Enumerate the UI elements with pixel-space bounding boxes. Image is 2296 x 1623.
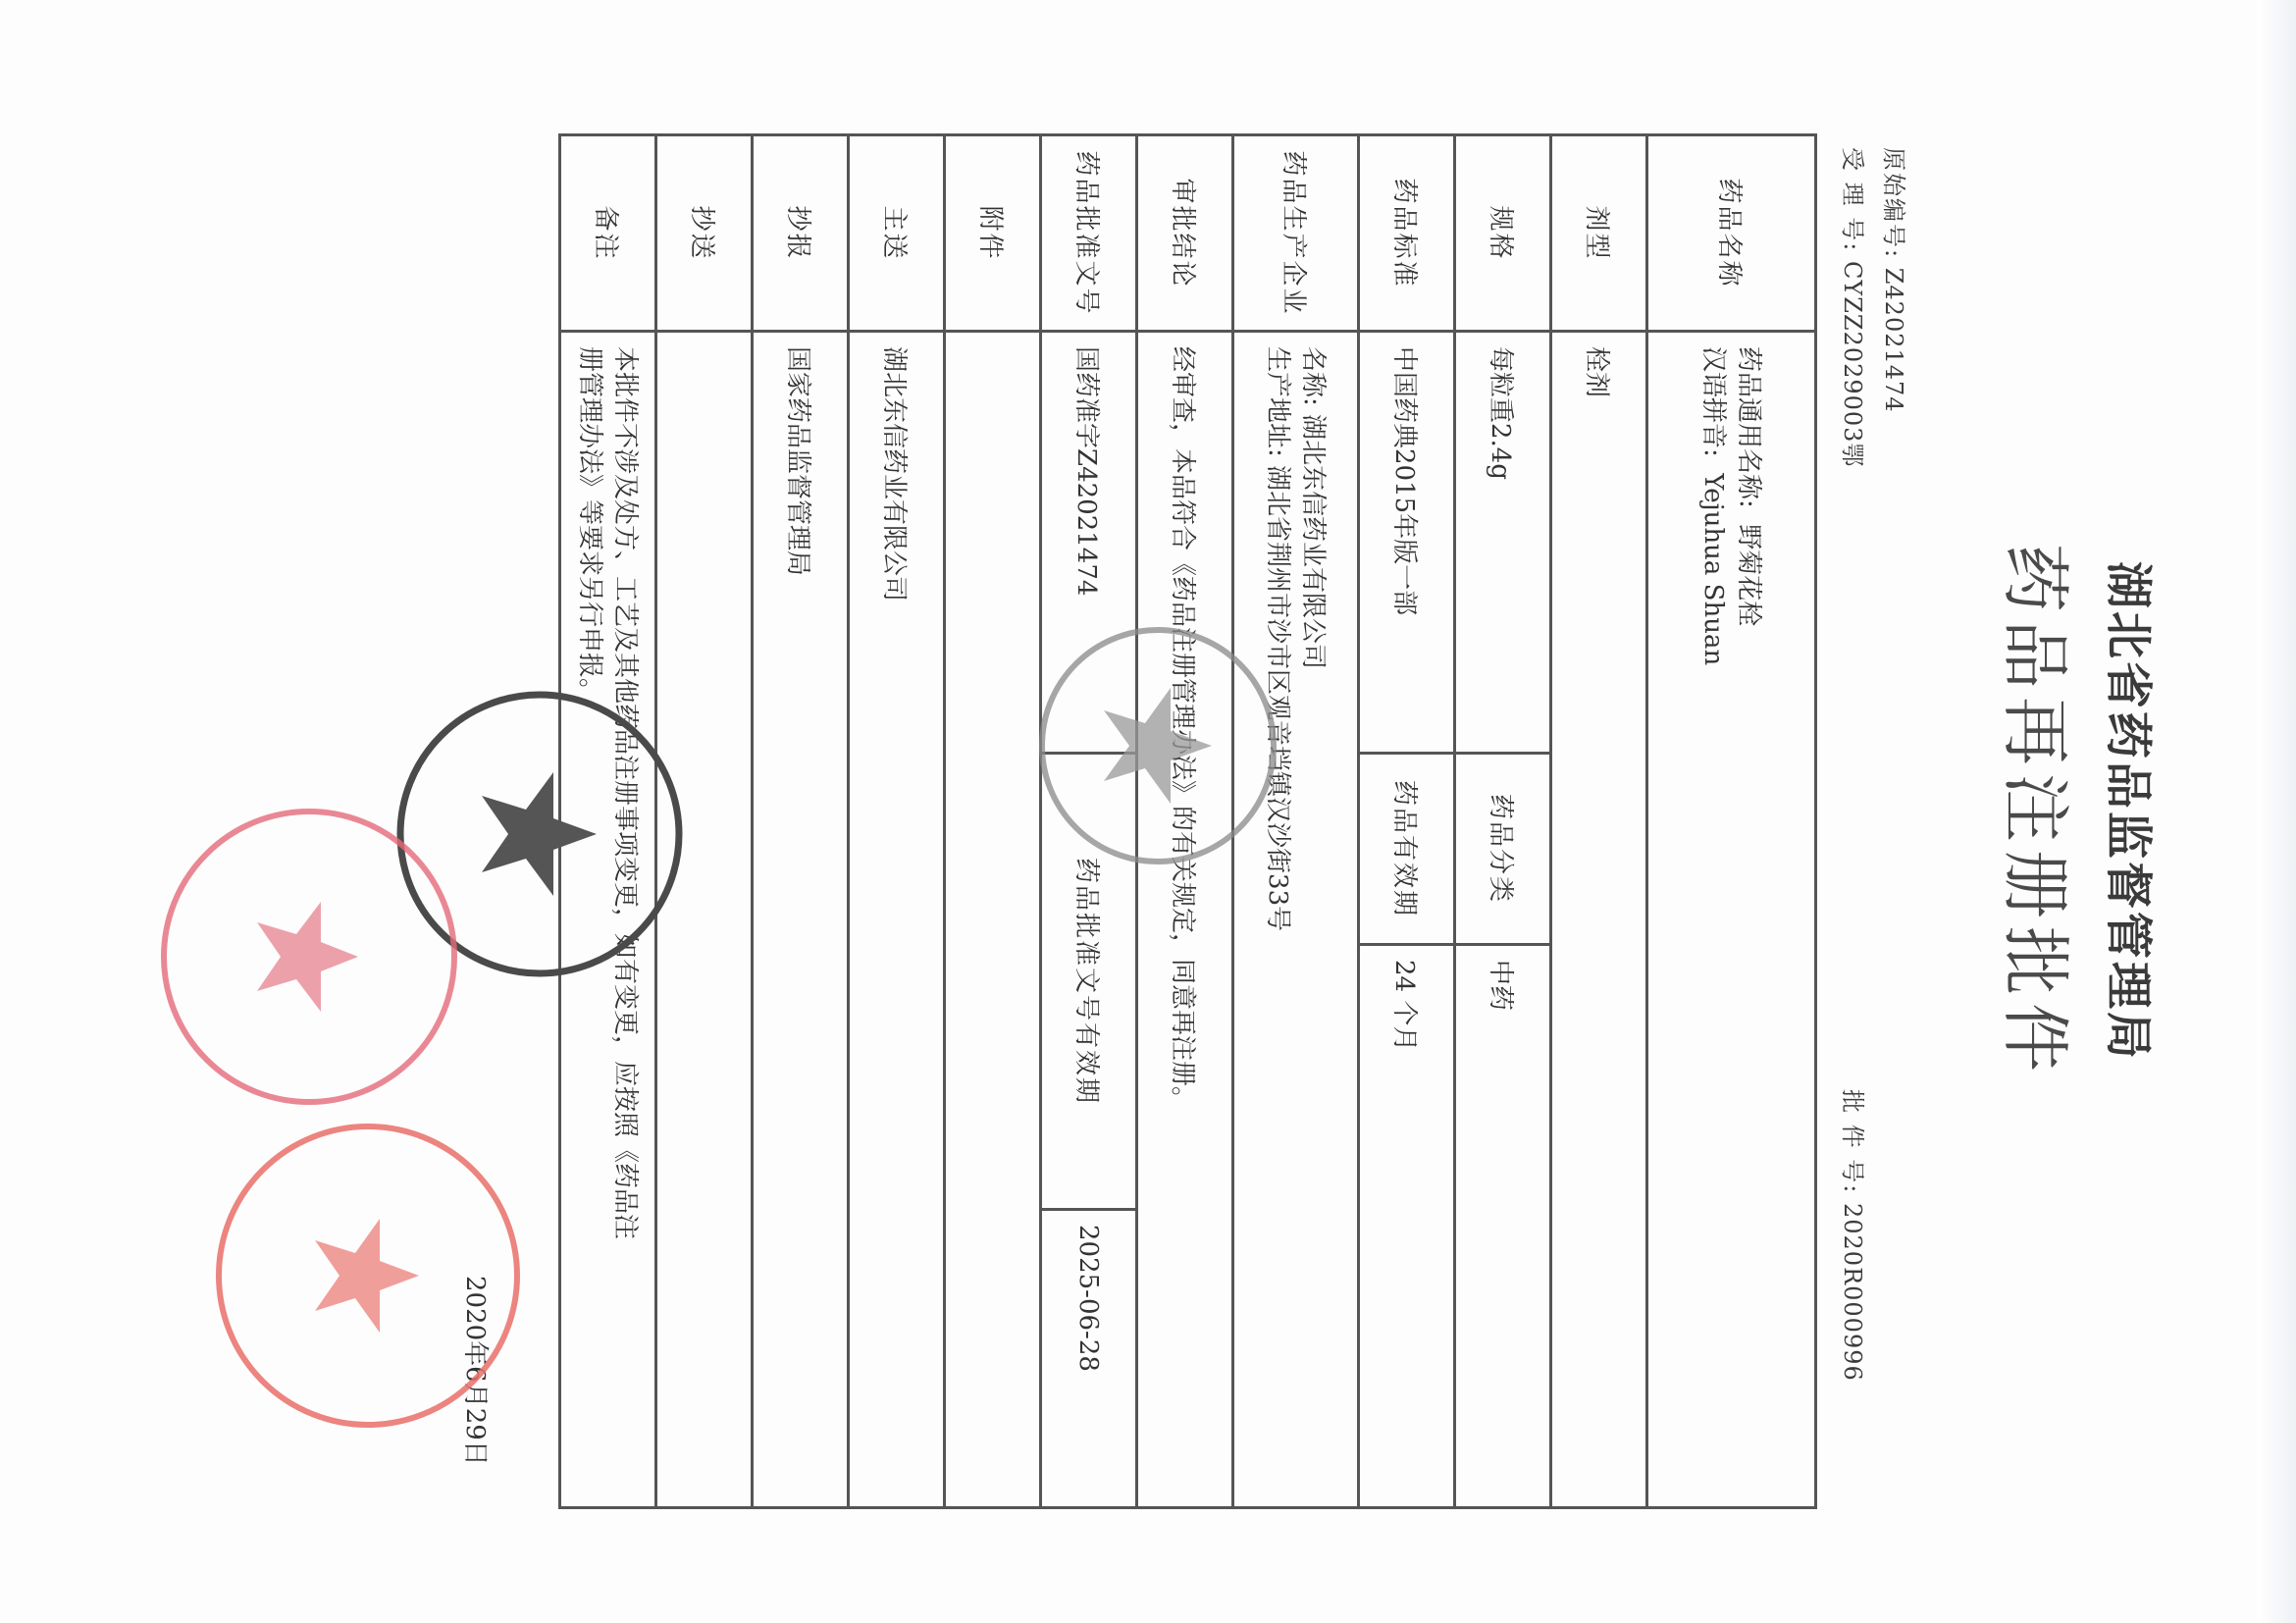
dosage-form-label: 剂型	[1551, 135, 1647, 332]
dosage-form-value: 栓剂	[1551, 332, 1647, 1508]
scanned-page: 湖北省药品监督管理局 药品再注册批件 原始编号: Z42021474 受 理 号…	[0, 0, 2296, 1623]
main-recipient-value: 湖北东信药业有限公司	[849, 332, 945, 1508]
copy-to-label: 抄送	[656, 135, 753, 332]
rotated-document: 湖北省药品监督管理局 药品再注册批件 原始编号: Z42021474 受 理 号…	[0, 0, 2296, 1623]
remarks-label: 备注	[560, 135, 656, 332]
seal-star-icon	[211, 1119, 525, 1433]
table-row: 药品标准 中国药典2015年版一部 药品有效期 24 个月	[1359, 135, 1455, 1508]
conclusion-label: 审批结论	[1137, 135, 1233, 332]
approval-number: 批 件 号: 2020R000996	[1838, 1089, 1872, 1382]
main-recipient-label: 主送	[849, 135, 945, 332]
shelf-life-label: 药品有效期	[1359, 754, 1455, 945]
manufacturer-cell: 名称: 湖北东信药业有限公司 生产地址: 湖北省荆州市沙市区观音垱镇汉沙街33号	[1233, 332, 1359, 1508]
original-number: 原始编号: Z42021474	[1879, 147, 1913, 413]
specification-label: 规格	[1455, 135, 1551, 332]
approval-number-label: 批 件 号:	[1839, 1089, 1866, 1194]
specification-value: 每粒重2.4g	[1455, 332, 1551, 754]
agency-name: 湖北省药品监督管理局	[2099, 0, 2166, 1623]
category-value: 中药	[1455, 945, 1551, 1508]
approval-doc-validity-value: 2025-06-28	[1041, 1210, 1137, 1508]
attachment-value	[945, 332, 1041, 1508]
acceptance-number: 受 理 号: CYZZ2029003鄂	[1838, 147, 1872, 467]
seal-star-icon	[1035, 623, 1280, 868]
table-row: 规格 每粒重2.4g 药品分类 中药	[1455, 135, 1551, 1508]
standard-label: 药品标准	[1359, 135, 1455, 332]
attachment-label: 附件	[945, 135, 1041, 332]
acceptance-number-label: 受 理 号:	[1839, 147, 1866, 252]
standard-value: 中国药典2015年版一部	[1359, 332, 1455, 754]
red-seal-lower	[211, 1119, 525, 1433]
category-label: 药品分类	[1455, 754, 1551, 945]
red-seal-heilongjiang	[157, 805, 461, 1109]
seal-star-icon	[157, 805, 461, 1109]
manufacturer-name: 名称: 湖北东信药业有限公司	[1296, 346, 1331, 1492]
pinyin-name: 汉语拼音: Yejuhua Shuan	[1696, 346, 1732, 1492]
table-row: 主送 湖北东信药业有限公司	[849, 135, 945, 1508]
generic-name: 药品通用名称: 野菊花栓	[1732, 346, 1767, 1492]
table-row: 剂型 栓剂	[1551, 135, 1647, 1508]
original-number-value: Z42021474	[1880, 268, 1907, 413]
approval-doc-number-label: 药品批准文号	[1041, 135, 1137, 332]
drug-name-cell: 药品通用名称: 野菊花栓 汉语拼音: Yejuhua Shuan	[1647, 332, 1816, 1508]
conclusion-value: 经审查，本品符合《药品注册管理办法》的有关规定，同意再注册。	[1137, 332, 1233, 1508]
document-title: 药品再注册批件	[1991, 0, 2090, 1623]
report-to-value: 国家药品监督管理局	[753, 332, 849, 1508]
company-seal-grey	[1035, 623, 1280, 868]
manufacturer-label: 药品生产企业	[1233, 135, 1359, 332]
drug-name-label: 药品名称	[1647, 135, 1816, 332]
table-row: 药品名称 药品通用名称: 野菊花栓 汉语拼音: Yejuhua Shuan	[1647, 135, 1816, 1508]
original-number-label: 原始编号:	[1880, 147, 1907, 259]
acceptance-number-value: CYZZ2029003鄂	[1839, 261, 1866, 467]
table-row: 抄报 国家药品监督管理局	[753, 135, 849, 1508]
table-row: 附件	[945, 135, 1041, 1508]
manufacturer-address: 生产地址: 湖北省荆州市沙市区观音垱镇汉沙街33号	[1261, 346, 1296, 1492]
shelf-life-value: 24 个月	[1359, 945, 1455, 1508]
report-to-label: 抄报	[753, 135, 849, 332]
approval-number-value: 2020R000996	[1839, 1203, 1866, 1382]
